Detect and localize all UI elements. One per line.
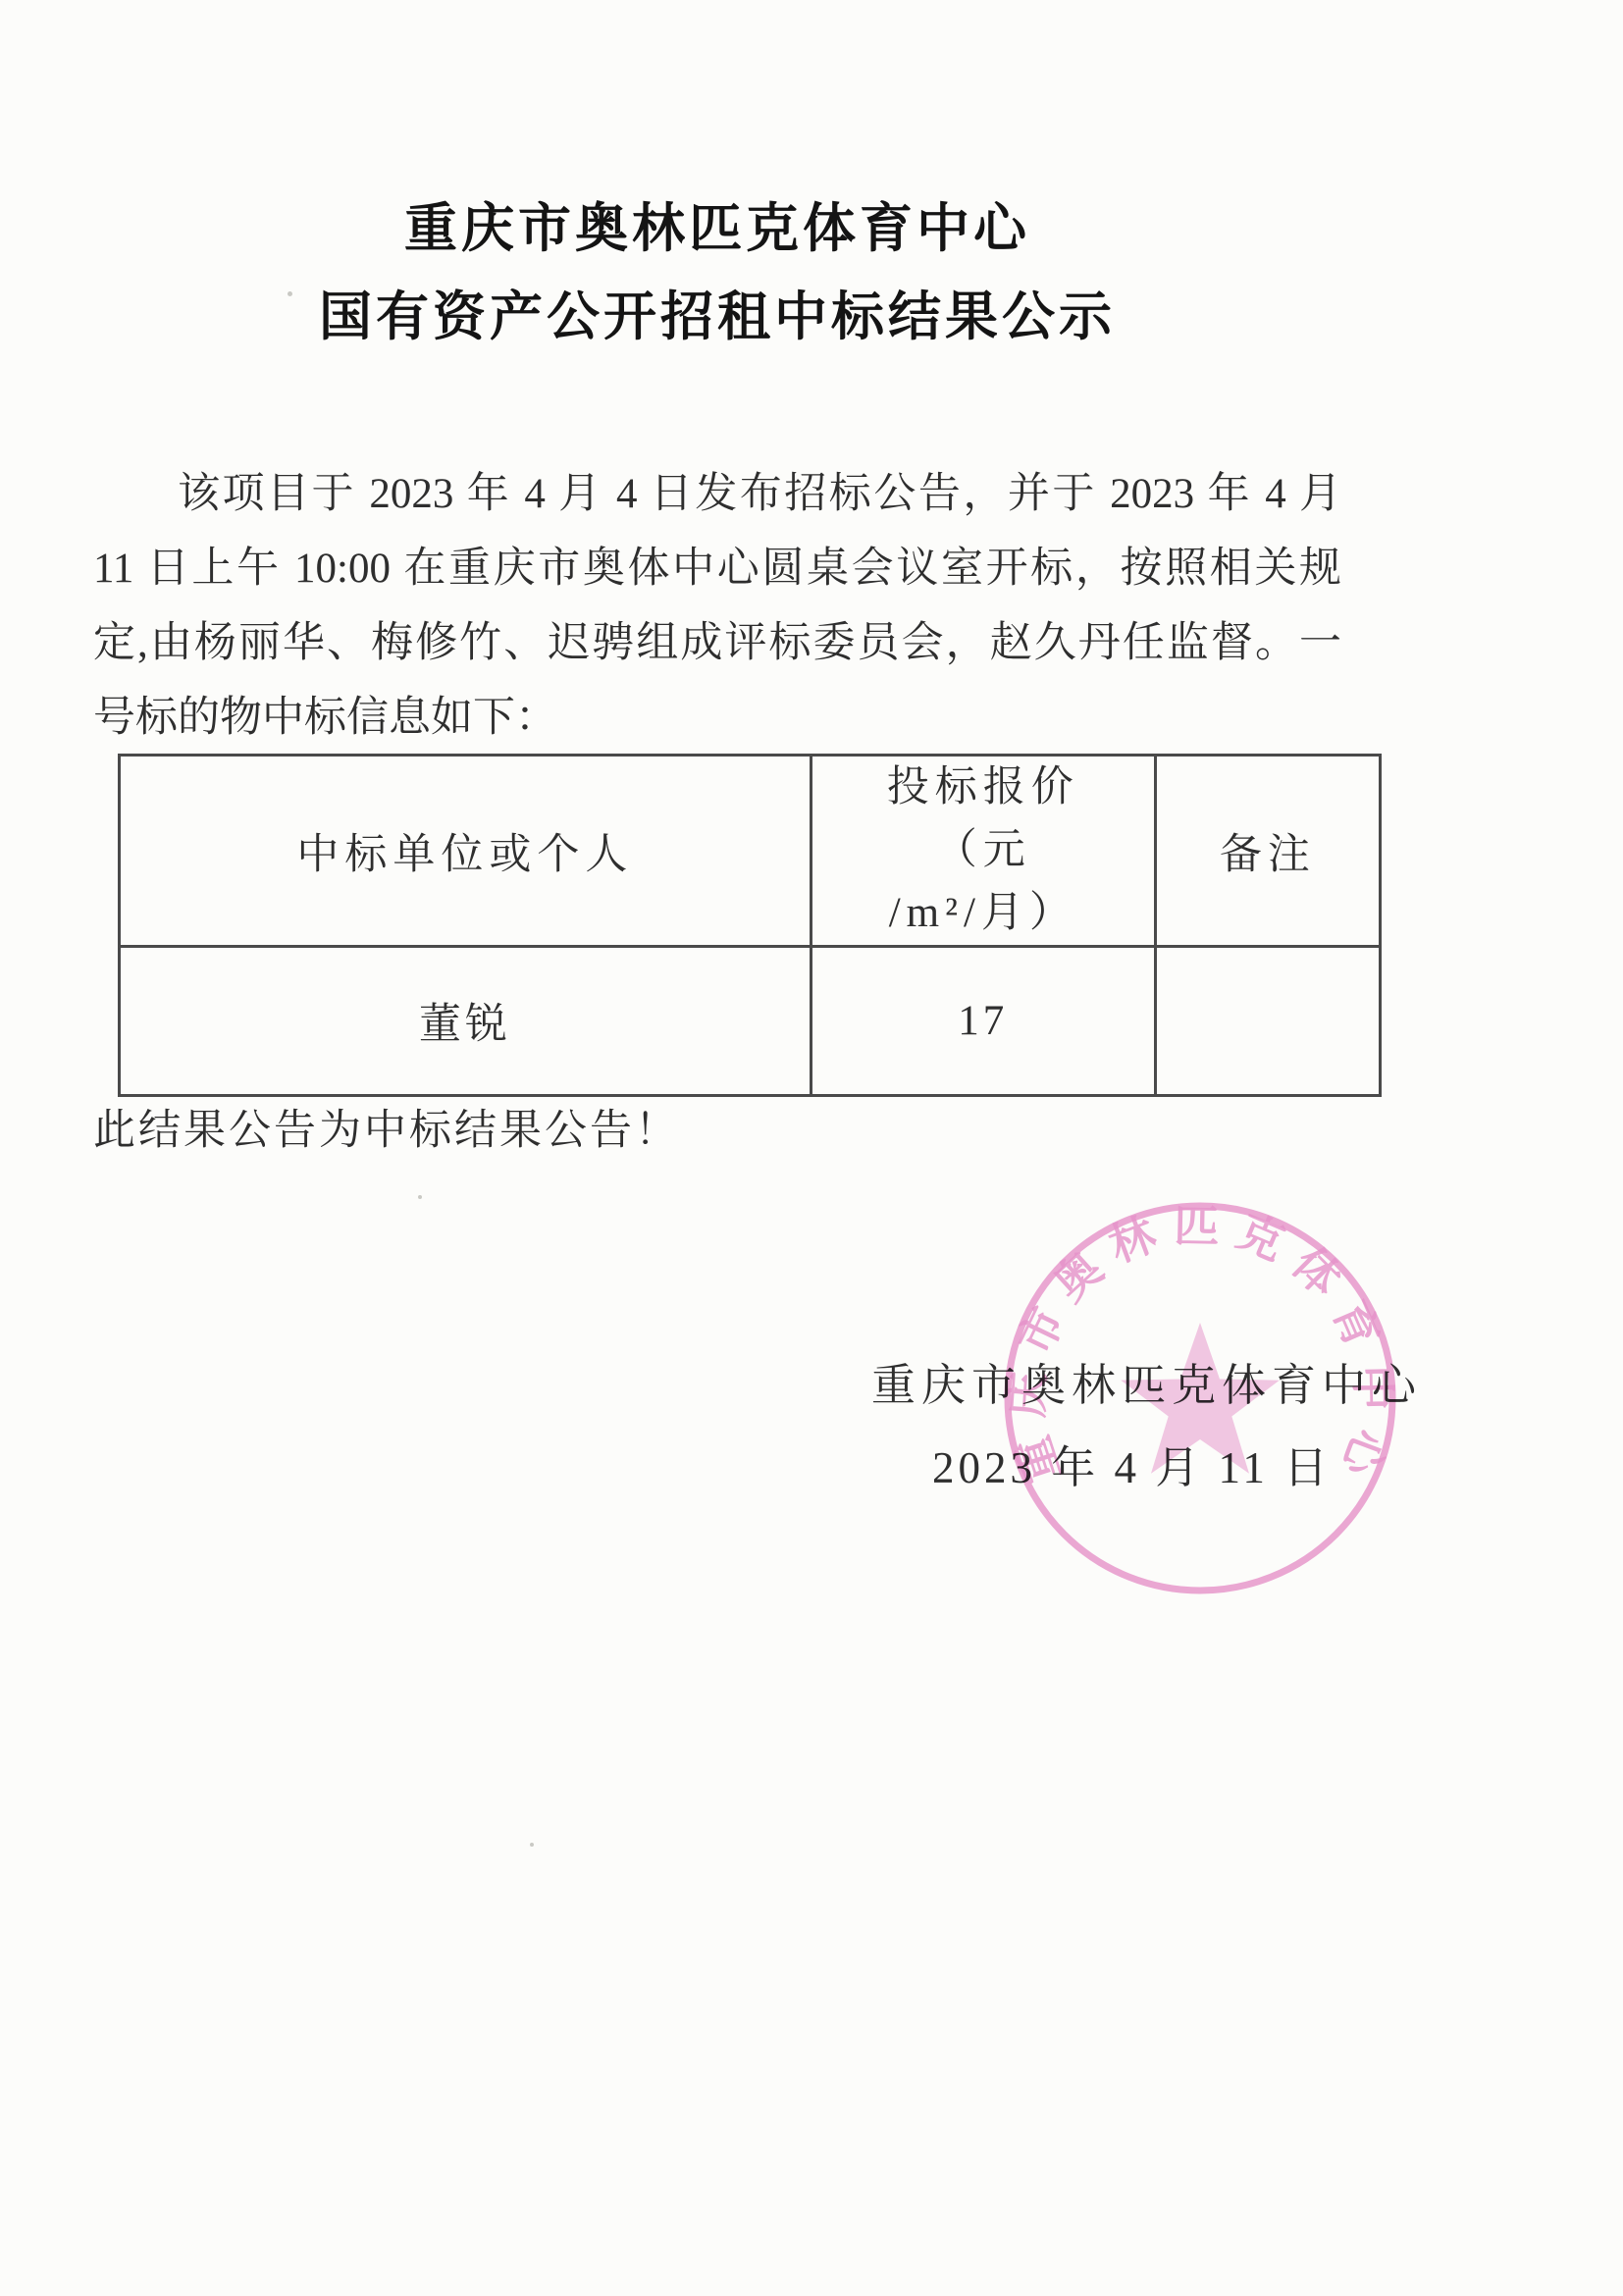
- header-bid-price: 投标报价 （元 /m²/月）: [811, 756, 1155, 947]
- bid-cell: 17: [811, 947, 1155, 1096]
- scan-speck: [418, 1195, 422, 1199]
- header-bid-price-line1: 投标报价 （元: [822, 757, 1144, 882]
- bid-results-table: 中标单位或个人 投标报价 （元 /m²/月） 备注 董锐 17: [118, 754, 1382, 1097]
- scan-speck: [288, 291, 292, 296]
- closing-statement: 此结果公告为中标结果公告！: [93, 1099, 680, 1164]
- document-title-line1: 重庆市奥林匹克体育中心: [93, 184, 1341, 273]
- paragraph-line: 该项目于 2023 年 4 月 4 日发布招标公告，并于 2023 年 4 月: [93, 457, 1341, 532]
- document-title: 重庆市奥林匹克体育中心 国有资产公开招租中标结果公示: [93, 184, 1341, 361]
- scan-speck: [530, 1843, 534, 1847]
- table-row: 董锐 17: [120, 947, 1381, 1096]
- note-cell: [1155, 947, 1380, 1096]
- paragraph-line: 11 日上午 10:00 在重庆市奥体中心圆桌会议室开标，按照相关规: [93, 532, 1341, 606]
- paragraph-line: 号标的物中标信息如下：: [93, 681, 1341, 756]
- announcement-paragraph: 该项目于 2023 年 4 月 4 日发布招标公告，并于 2023 年 4 月 …: [93, 457, 1341, 756]
- winner-cell: 董锐: [120, 947, 811, 1096]
- header-note: 备注: [1155, 756, 1380, 947]
- signature-org: 重庆市奥林匹克体育中心: [871, 1356, 1422, 1415]
- scanned-announcement-page: 重庆市奥林匹克体育中心 国有资产公开招租中标结果公示 该项目于 2023 年 4…: [0, 0, 1623, 2296]
- table-header-row: 中标单位或个人 投标报价 （元 /m²/月） 备注: [120, 756, 1381, 947]
- header-bid-price-line2: /m²/月）: [822, 882, 1144, 945]
- signature-date: 2023 年 4 月 11 日: [932, 1438, 1332, 1497]
- document-title-line2: 国有资产公开招租中标结果公示: [93, 273, 1341, 361]
- header-winner: 中标单位或个人: [120, 756, 811, 947]
- paragraph-line: 定,由杨丽华、梅修竹、迟骋组成评标委员会，赵久丹任监督。一: [93, 606, 1341, 681]
